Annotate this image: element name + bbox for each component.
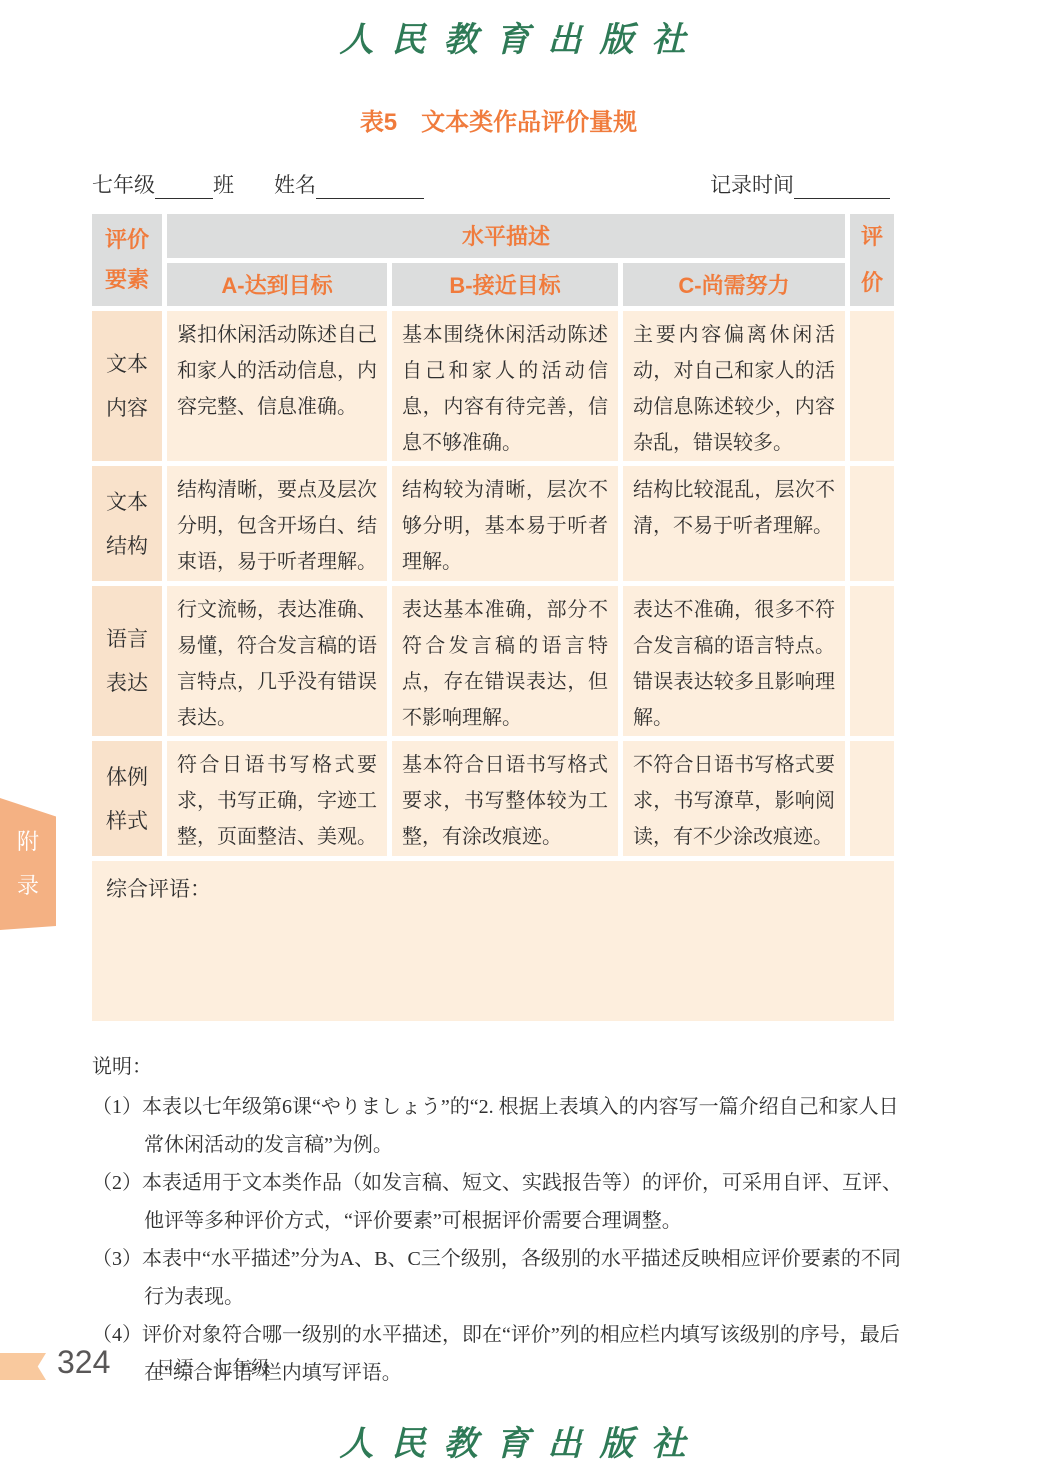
table-row: 语言 表达 行文流畅，表达准确、易懂，符合发言稿的语言特点，几乎没有错误表达。 … <box>92 586 894 736</box>
page-ribbon <box>0 1353 46 1380</box>
evaluation-input-cell <box>850 466 894 581</box>
rubric-table: 评价 要素 水平描述 评 价 A-达到目标 B-接近目标 C-尚需努力 文本 内… <box>87 209 899 1026</box>
notes-heading: 说明： <box>92 1048 910 1086</box>
note-item-2: （2）本表适用于文本类作品（如发言稿、短文、实践报告等）的评价，可采用自评、互评… <box>92 1164 910 1240</box>
record-time-label: 记录时间 <box>710 169 794 199</box>
evaluation-input-cell <box>850 311 894 461</box>
level-a-description-cell: 紧扣休闲活动陈述自己和家人的活动信息，内容完整、信息准确。 <box>167 311 387 461</box>
level-a-header-cell: A-达到目标 <box>167 263 387 307</box>
evaluation-input-cell <box>850 586 894 736</box>
level-b-description-cell: 结构较为清晰，层次不够分明，基本易于听者理解。 <box>392 466 618 581</box>
level-c-description-cell: 表达不准确，很多不符合发言稿的语言特点。错误表达较多且影响理解。 <box>623 586 845 736</box>
name-blank-field <box>316 175 424 199</box>
level-b-description-cell: 表达基本准确，部分不符合发言稿的语言特点，存在错误表达，但不影响理解。 <box>392 586 618 736</box>
row-element-label: 文本 内容 <box>92 311 162 461</box>
book-title: 日语 七年级 <box>156 1353 270 1380</box>
form-line: 七年级 班 姓名 记录时间 <box>92 169 890 199</box>
table-row: 文本 结构 结构清晰，要点及层次分明，包含开场白、结束语，易于听者理解。 结构较… <box>92 466 894 581</box>
class-label: 班 <box>213 169 234 199</box>
table-row: 文本 内容 紧扣休闲活动陈述自己和家人的活动信息，内容完整、信息准确。 基本围绕… <box>92 311 894 461</box>
level-c-description-cell: 不符合日语书写格式要求，书写潦草，影响阅读，有不少涂改痕迹。 <box>623 741 845 856</box>
level-c-description-cell: 结构比较混乱，层次不清，不易于听者理解。 <box>623 466 845 581</box>
level-a-description-cell: 行文流畅，表达准确、易懂，符合发言稿的语言特点，几乎没有错误表达。 <box>167 586 387 736</box>
publisher-logo-bottom: 人民教育出版社 <box>0 1416 1043 1465</box>
summary-row: 综合评语： <box>92 861 894 1021</box>
row-element-label: 体例 样式 <box>92 741 162 856</box>
publisher-logo-top: 人民教育出版社 <box>0 0 1043 58</box>
notes-section: 说明： （1）本表以七年级第6课“やりましょう”的“2. 根据上表填入的内容写一… <box>92 1048 910 1392</box>
note-item-3: （3）本表中“水平描述”分为A、B、C三个级别，各级别的水平描述反映相应评价要素… <box>92 1240 910 1316</box>
grade-label: 七年级 <box>92 169 155 199</box>
appendix-tab: 附 录 <box>0 798 56 930</box>
level-description-header-cell: 水平描述 <box>167 214 845 258</box>
level-a-description-cell: 符合日语书写格式要求，书写正确，字迹工整，页面整洁、美观。 <box>167 741 387 856</box>
summary-comment-label: 综合评语： <box>106 877 211 901</box>
row-element-label: 文本 结构 <box>92 466 162 581</box>
level-c-header-cell: C-尚需努力 <box>623 263 845 307</box>
level-b-description-cell: 基本符合日语书写格式要求，书写整体较为工整，有涂改痕迹。 <box>392 741 618 856</box>
evaluation-input-cell <box>850 741 894 856</box>
level-b-header-cell: B-接近目标 <box>392 263 618 307</box>
table-row: 体例 样式 符合日语书写格式要求，书写正确，字迹工整，页面整洁、美观。 基本符合… <box>92 741 894 856</box>
row-element-label: 语言 表达 <box>92 586 162 736</box>
page-title: 表5 文本类作品评价量规 <box>92 102 905 137</box>
level-b-description-cell: 基本围绕休闲活动陈述自己和家人的活动信息，内容有待完善，信息不够准确。 <box>392 311 618 461</box>
page-number: 324 <box>57 1344 110 1381</box>
note-item-1: （1）本表以七年级第6课“やりましょう”的“2. 根据上表填入的内容写一篇介绍自… <box>92 1088 910 1164</box>
record-time-blank-field <box>794 175 890 199</box>
level-a-description-cell: 结构清晰，要点及层次分明，包含开场白、结束语，易于听者理解。 <box>167 466 387 581</box>
class-blank-field <box>155 175 213 199</box>
criteria-header-cell: 评价 要素 <box>92 214 162 306</box>
name-label: 姓名 <box>274 169 316 199</box>
evaluation-header-cell: 评 价 <box>850 214 894 306</box>
level-c-description-cell: 主要内容偏离休闲活动，对自己和家人的活动信息陈述较少，内容杂乱，错误较多。 <box>623 311 845 461</box>
summary-comment-cell: 综合评语： <box>92 861 894 1021</box>
